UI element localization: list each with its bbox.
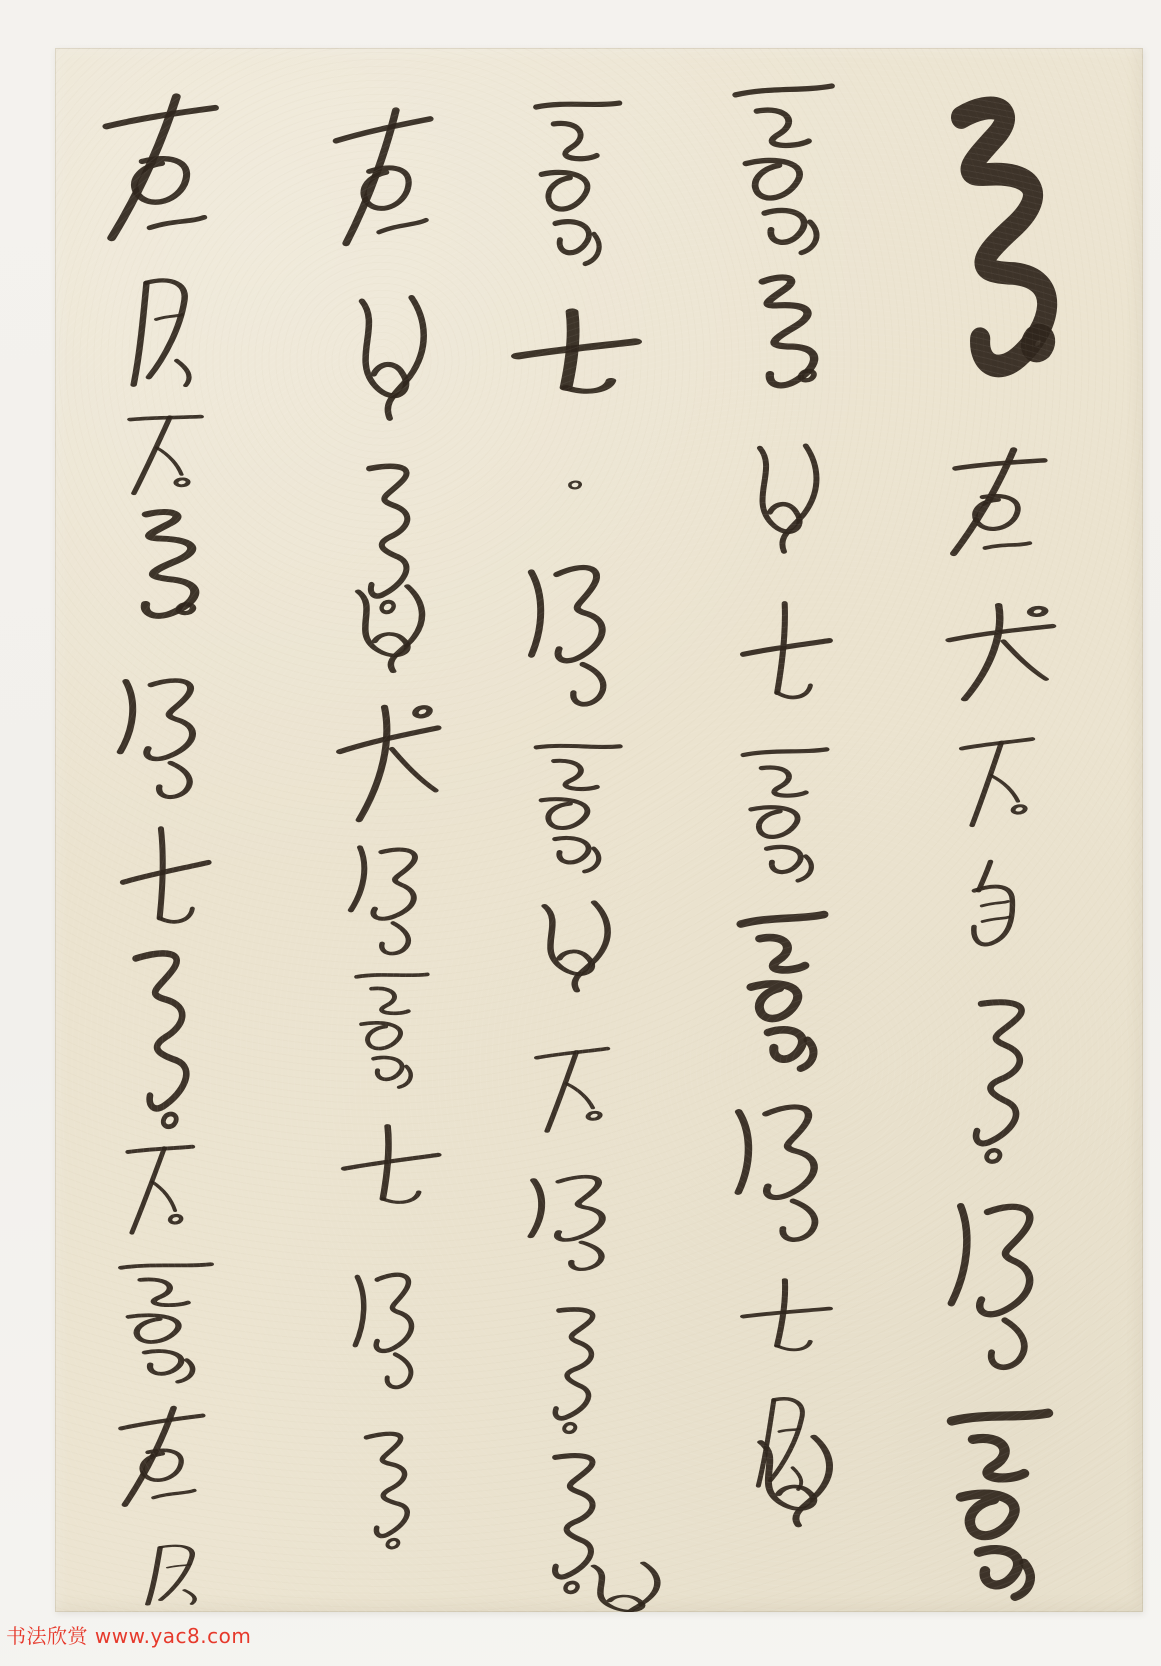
calligraphy-glyph — [728, 588, 843, 727]
calligraphy-glyph — [934, 986, 1066, 1169]
calligraphy-glyph — [499, 545, 651, 724]
calligraphy-glyph — [724, 1424, 866, 1546]
calligraphy-glyph — [324, 574, 456, 691]
calligraphy-glyph — [108, 813, 223, 952]
calligraphy-glyph — [322, 692, 459, 834]
calligraphy-glyph — [106, 401, 223, 513]
calligraphy-glyph — [704, 1085, 865, 1260]
calligraphy-glyph — [330, 1115, 450, 1225]
calligraphy-glyph — [336, 1422, 444, 1554]
calligraphy-paper — [55, 48, 1143, 1612]
calligraphy-glyph — [99, 936, 232, 1134]
calligraphy-glyph — [944, 729, 1056, 841]
calligraphy-glyph — [717, 903, 853, 1082]
calligraphy-glyph — [931, 437, 1068, 589]
calligraphy-glyph — [727, 1267, 842, 1373]
calligraphy-glyph — [95, 665, 235, 810]
calligraphy-glyph — [942, 852, 1058, 983]
calligraphy-glyph — [721, 267, 848, 413]
site-watermark: 书法欣赏 www.yac8.com — [6, 1620, 251, 1649]
calligraphy-glyph — [97, 267, 234, 409]
calligraphy-glyph — [118, 1537, 232, 1612]
calligraphy-glyph — [925, 1400, 1075, 1610]
calligraphy-glyph — [333, 1258, 448, 1402]
calligraphy-glyph — [502, 1161, 648, 1283]
photo-background: 书法欣赏 www.yac8.com — [0, 0, 1161, 1666]
calligraphy-glyph — [509, 889, 641, 1011]
calligraphy-glyph — [734, 1389, 836, 1506]
calligraphy-glyph — [334, 454, 447, 616]
calligraphy-glyph — [326, 831, 455, 969]
calligraphy-glyph — [314, 95, 466, 279]
calligraphy-glyph — [896, 84, 1104, 431]
calligraphy-glyph — [720, 740, 850, 890]
calligraphy-glyph — [94, 1254, 236, 1391]
calligraphy-glyph — [560, 1555, 690, 1612]
calligraphy-glyph — [98, 503, 233, 642]
calligraphy-glyph — [104, 1399, 226, 1531]
calligraphy-glyph — [552, 464, 599, 511]
calligraphy-glyph — [107, 1132, 213, 1252]
calligraphy-glyph — [83, 84, 246, 277]
calligraphy-glyph — [321, 277, 459, 449]
calligraphy-glyph — [922, 1182, 1079, 1387]
calligraphy-glyph — [507, 88, 643, 277]
calligraphy-glyph — [932, 594, 1069, 711]
calligraphy-glyph — [333, 963, 447, 1097]
calligraphy-glyph — [500, 300, 650, 415]
calligraphy-glyph — [519, 1039, 631, 1146]
calligraphy-glyph — [720, 426, 850, 579]
calligraphy-glyph — [520, 1297, 629, 1439]
calligraphy-glyph — [506, 732, 643, 884]
calligraphy-glyph — [517, 1443, 632, 1597]
calligraphy-glyph — [708, 74, 861, 267]
